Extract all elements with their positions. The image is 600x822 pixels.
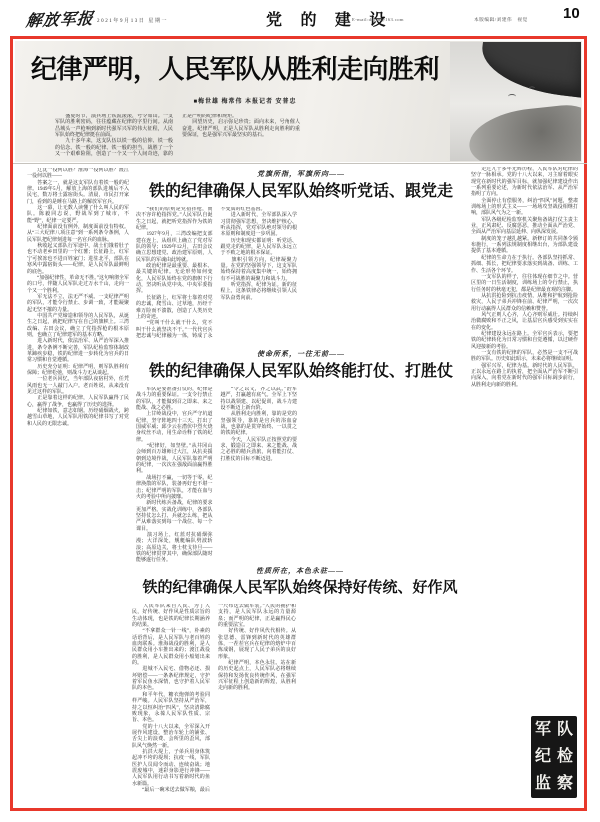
section-2-headline: 铁的纪律确保人民军队始终能打仗、打胜仗 [136, 362, 466, 381]
seal-char: 纪 [535, 749, 551, 765]
section-1-kicker: 党旗所指，军旗所向—— [136, 169, 466, 179]
section-1-body: “我们的原则是党指挥枪，而决不容许枪指挥党。”人民军队自诞生之日起，就把听党指挥… [136, 207, 466, 344]
section-listen-to-party: 党旗所指，军旗所向—— 铁的纪律确保人民军队始终听党话、跟党走 “我们的原则是党… [136, 169, 466, 344]
section-3-headline: 铁的纪律确保人民军队始终保持好传统、好作风 [132, 579, 468, 598]
section-3-body: 人民军队来自人民、为了人民，好传统、好作风是性质宗旨的生动体现，也是铁的纪律长期… [132, 604, 468, 798]
section-1-headline: 铁的纪律确保人民军队始终听党话、跟党走 [136, 182, 466, 201]
section-3-kicker: 性质所在，本色永驻—— [132, 566, 468, 576]
seal-char: 监 [535, 776, 551, 792]
main-headline: 纪律严明，人民军队从胜利走向胜利 [31, 54, 463, 84]
banner-divider [13, 163, 587, 164]
lead-article-banner: 纪律严明，人民军队从胜利走向胜利 ■梅世雄 梅常伟 本报记者 安普忠 盛夏时节，… [15, 41, 582, 162]
lead-photo [450, 42, 581, 161]
header-editor-credit: 本版编辑/刘建伟 视觉 [474, 17, 528, 23]
bird-icon [508, 94, 516, 99]
left-column-text: 辽沈一役何以胜？淮海一役何以胜？渡江一役何以胜—— 答案之一，就是这支军队有着铁… [27, 168, 129, 797]
photo-rock-shape [466, 103, 581, 161]
seal-char: 军 [535, 722, 551, 738]
seal-char: 察 [557, 776, 573, 792]
header-date: 2021年9月13日 星期一 [97, 17, 168, 24]
right-column-text: 走过九十多年光辉历程，人民军队对纪律的坚守一脉相承。党的十八大以来，习主席着眼实… [471, 167, 578, 797]
byline: ■梅世雄 梅常伟 本报记者 安普忠 [31, 96, 459, 105]
section-good-traditions: 性质所在，本色永驻—— 铁的纪律确保人民军队始终保持好传统、好作风 人民军队来自… [132, 566, 468, 798]
military-discipline-seal: 军 队 纪 检 监 察 [531, 716, 577, 798]
header-email: E-mail:ddjsb@163.com [352, 17, 404, 22]
seal-char: 队 [557, 722, 573, 738]
section-2-kicker: 使命所系，一往无前—— [136, 349, 466, 359]
bird-icon [529, 87, 535, 91]
section-win-battles: 使命所系，一往无前—— 铁的纪律确保人民军队始终能打仗、打胜仗 军队是要准备打仗… [136, 349, 466, 567]
page-number: 10 [563, 5, 580, 22]
seal-char: 检 [557, 749, 573, 765]
section-2-body: 军队是要准备打仗的，纪律是战斗力的重要保证。一支令行禁止的军队，才能做到召之即来… [136, 387, 466, 567]
masthead-logo: 解放军报 [25, 6, 95, 31]
lead-intro-text: 盛夏时节，演兵场上铁流滚滚，号令如山。一支军队的胜利密码，往往蕴藏在纪律的字里行… [55, 114, 427, 159]
